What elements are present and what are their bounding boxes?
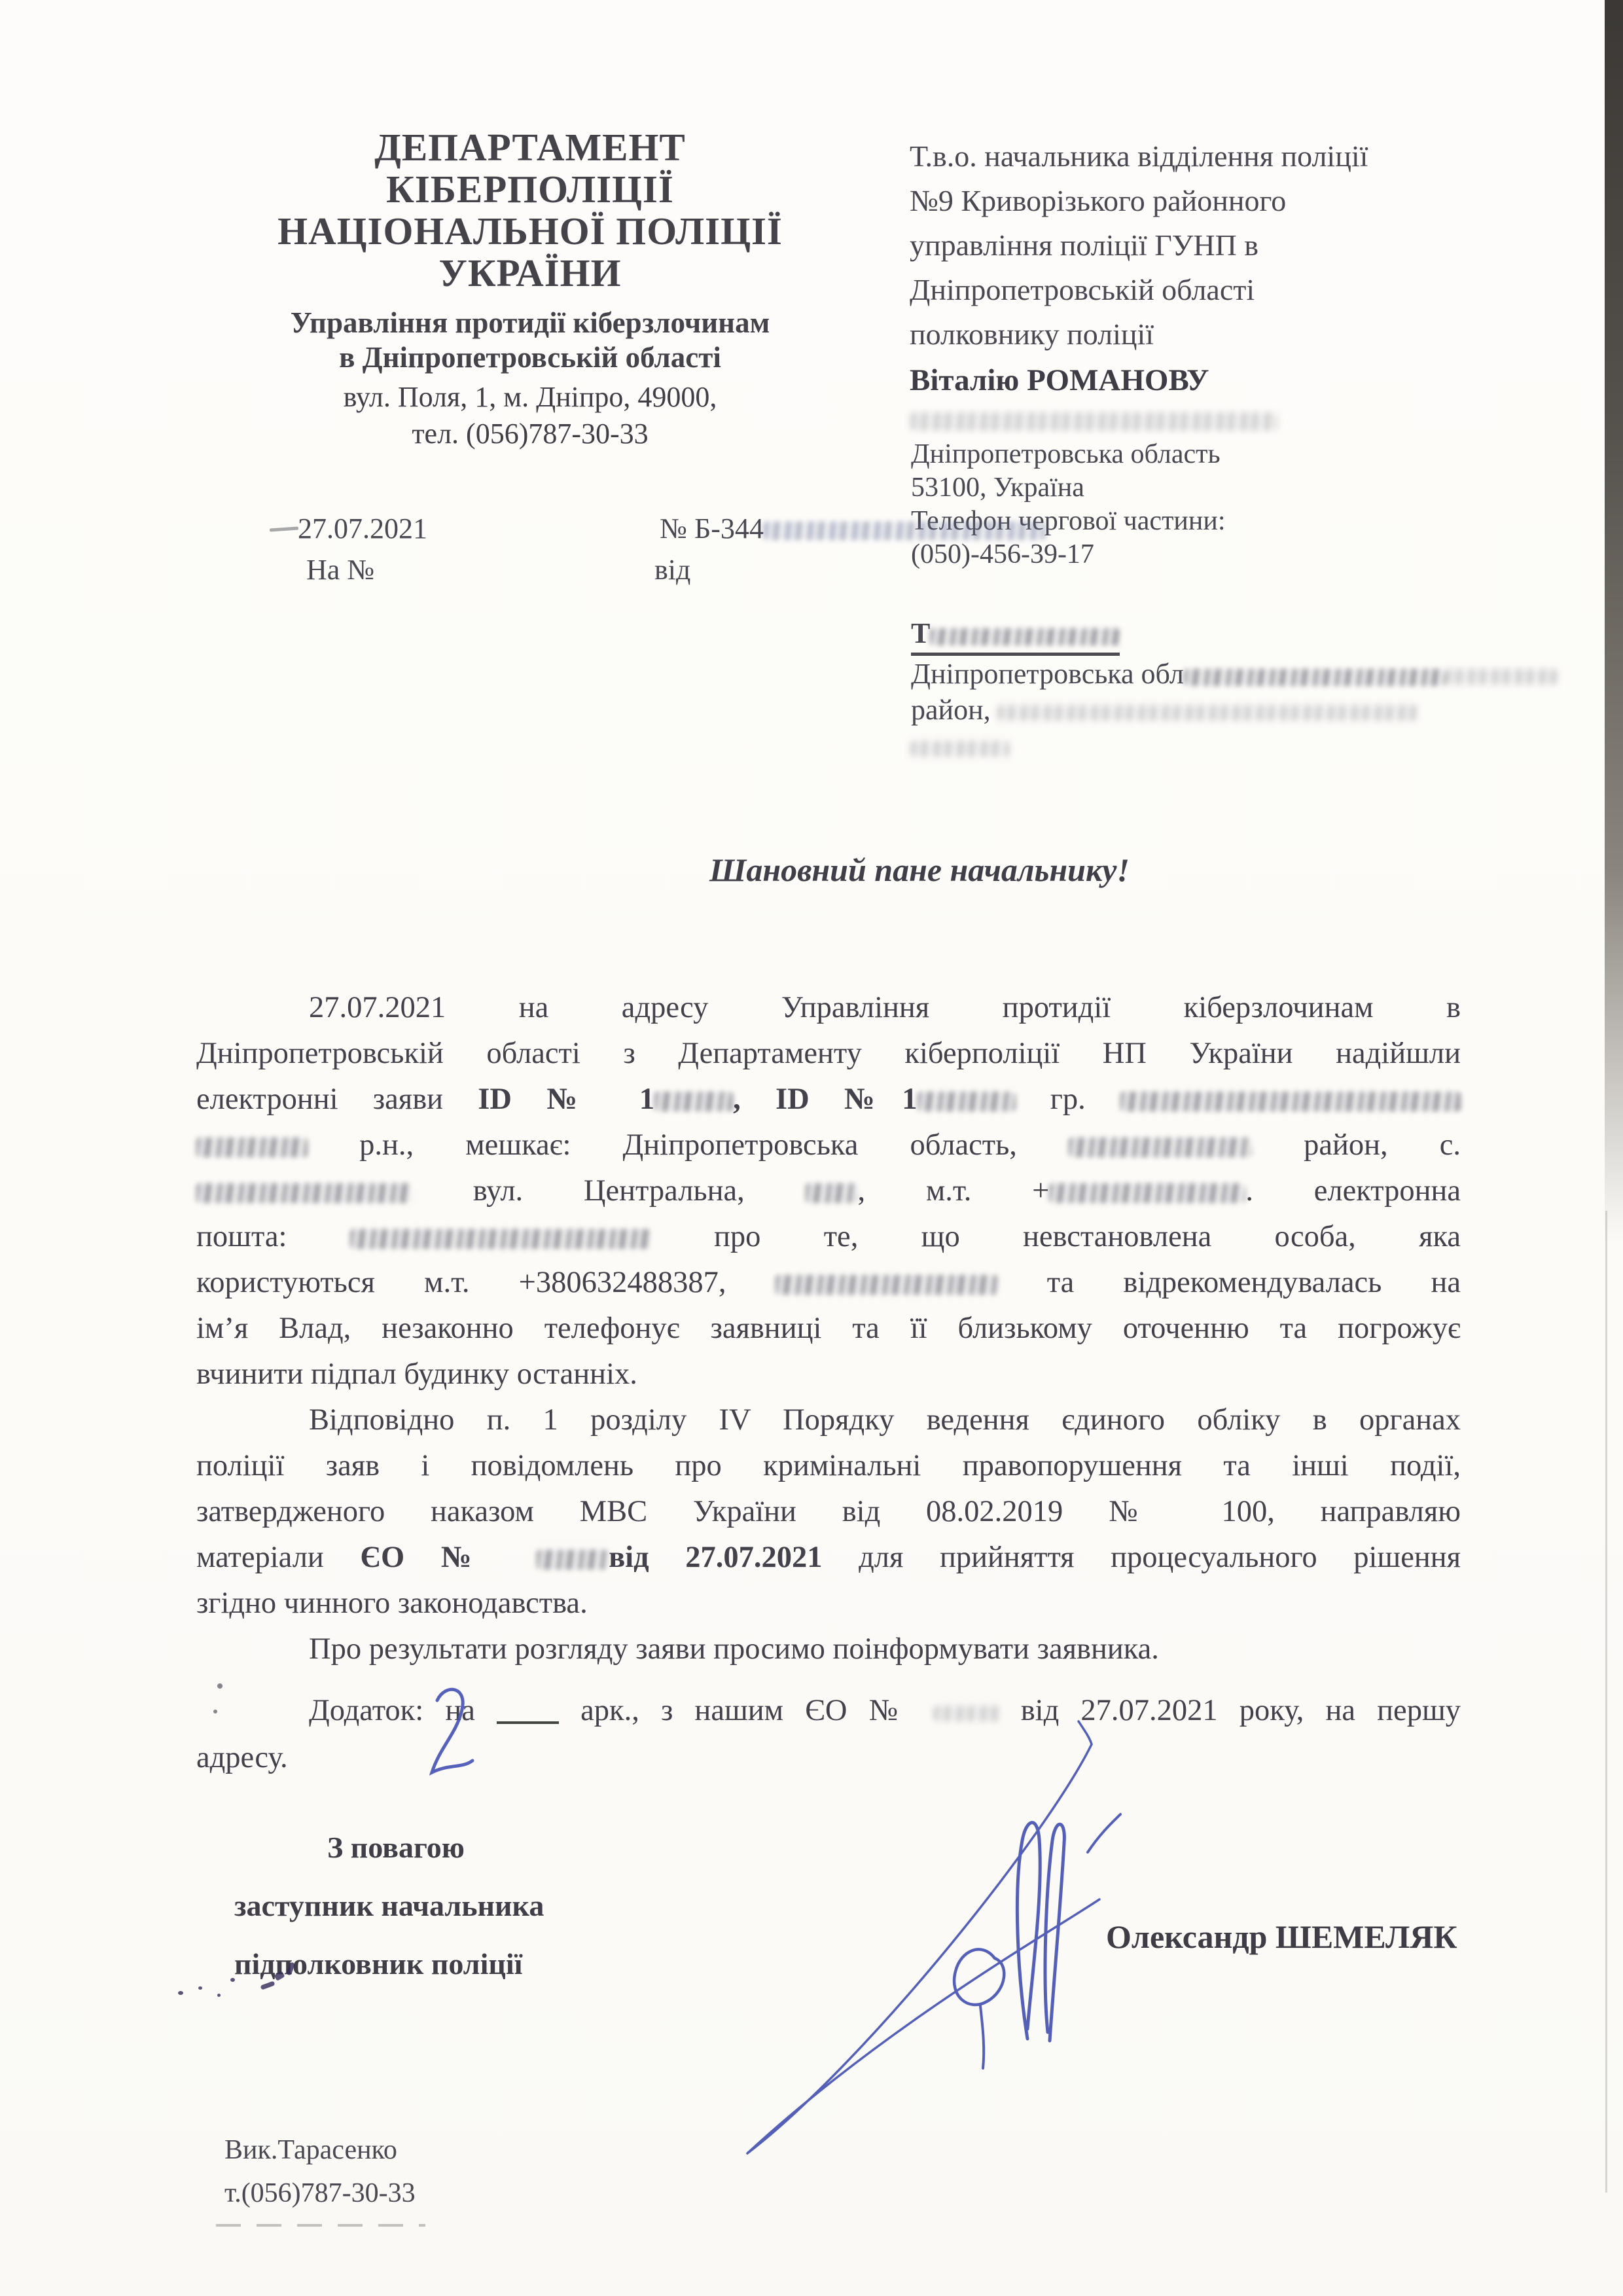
text: , м.т. +: [858, 1174, 1050, 1208]
body-line: матеріали ЄО № від 27.07.2021 для прийня…: [196, 1535, 1461, 1581]
eo-date: від 27.07.2021: [609, 1541, 822, 1574]
body-line: затвердженого наказом МВС України від 08…: [196, 1489, 1461, 1535]
redacted-text: [764, 522, 1045, 540]
org-line: НАЦІОНАЛЬНОЇ ПОЛІЦІЇ: [268, 210, 792, 252]
handwritten-page-count: [419, 1681, 497, 1792]
text: матеріали: [196, 1541, 360, 1574]
addressee-line: Т.в.о. начальника відділення поліції: [910, 134, 1544, 179]
sender-org-name: ДЕПАРТАМЕНТ КІБЕРПОЛІЦІЇ НАЦІОНАЛЬНОЇ ПО…: [268, 126, 792, 294]
addressee-line: полковнику поліції: [910, 312, 1544, 357]
redacted-text: [196, 1138, 308, 1157]
text: пошта:: [196, 1220, 350, 1253]
redacted-text: [998, 705, 1417, 721]
redacted-text: [654, 1092, 733, 1111]
body-line: р.н., мешкає: Дніпропетровська область, …: [196, 1122, 1461, 1168]
redacted-text: [1049, 1183, 1245, 1203]
underlined-redaction: Т: [911, 615, 1120, 656]
redacted-text: [806, 1183, 858, 1203]
outgoing-number: № Б-344: [660, 512, 1045, 545]
org-line: УКРАЇНИ: [268, 252, 792, 294]
redacted-text: [930, 628, 1120, 645]
text: про те, що невстановлена особа, яка: [651, 1220, 1461, 1253]
addressee-postal: 53100, Україна: [911, 471, 1539, 505]
text: електронні заяви: [196, 1083, 478, 1116]
second-recipient-block: Т Дніпропетровська обл район,: [911, 615, 1565, 764]
addressee-line: №9 Криворізького районного: [910, 179, 1544, 223]
body-line: Про результати розгляду заяви просимо по…: [196, 1626, 1461, 1672]
district-prefix: район,: [911, 694, 991, 726]
letterhead-sender: ДЕПАРТАМЕНТ КІБЕРПОЛІЦІЇ НАЦІОНАЛЬНОЇ ПО…: [268, 126, 792, 452]
addressee-region: Дніпропетровська область: [911, 438, 1539, 471]
application-id: , ID №1: [733, 1083, 917, 1116]
text: р.н., мешкає: Дніпропетровська область,: [308, 1128, 1069, 1162]
text: користуються м.т. +380632488387,: [196, 1266, 776, 1299]
ink-speck: [213, 1710, 217, 1713]
text: . електронна: [1245, 1174, 1461, 1208]
reply-no-label: На №: [306, 553, 374, 586]
pen-dash-artifact: [270, 526, 298, 531]
ink-speck: [230, 1978, 235, 1982]
ink-speck: [217, 1683, 223, 1689]
address-line: тел. (056)787-30-33: [268, 416, 792, 452]
second-recipient-region-line: Дніпропетровська обл: [911, 656, 1565, 692]
ink-speck: [217, 1994, 221, 1997]
addressee-block: Т.в.о. начальника відділення поліції №9 …: [910, 134, 1544, 403]
body-line: Відповідно п. 1 розділу IV Порядку веден…: [196, 1397, 1461, 1443]
redacted-text: [1120, 1092, 1461, 1111]
text: район, с.: [1252, 1128, 1461, 1162]
redacted-text: [1184, 669, 1446, 686]
body-line: електронні заяви ID № 1, ID №1 гр.: [196, 1077, 1461, 1122]
redacted-text: [911, 741, 1009, 757]
scan-edge-shadow: [1605, 0, 1623, 1244]
body-line: згідно чинного законодавства.: [196, 1581, 1461, 1626]
application-id: ID № 1: [478, 1083, 654, 1116]
text: для прийняття процесуального рішення: [822, 1541, 1461, 1574]
redacted-text: [537, 1550, 609, 1570]
addressee-name: Віталію РОМАНОВУ: [910, 358, 1544, 403]
org-line: ДЕПАРТАМЕНТ: [268, 126, 792, 168]
regards-line: З повагою: [234, 1818, 823, 1876]
second-recipient-extra-line: [911, 728, 1565, 764]
executor-name: Вик.Тарасенко: [224, 2128, 416, 2172]
letter-body: 27.07.2021 на адресу Управління протидії…: [196, 985, 1461, 1672]
ink-speck: [178, 1991, 183, 1995]
redacted-text: [1069, 1138, 1252, 1157]
sender-unit: Управління протидії кіберзлочинам в Дніп…: [268, 306, 792, 375]
salutation: Шановний пане начальнику!: [615, 851, 1224, 889]
signoff-block: З повагою заступник начальника підполков…: [234, 1818, 823, 1993]
unit-line: Управління протидії кіберзлочинам: [268, 306, 792, 340]
blank-underline: [497, 1699, 559, 1724]
text: гр.: [1016, 1083, 1120, 1116]
addressee-address-block: Дніпропетровська область 53100, Україна …: [911, 404, 1539, 571]
body-line: ім’я Влад, незаконно телефонує заявниці …: [196, 1306, 1461, 1352]
redacted-text: [196, 1183, 412, 1203]
body-line: 27.07.2021 на адресу Управління протидії…: [196, 985, 1461, 1031]
org-line: КІБЕРПОЛІЦІЇ: [268, 168, 792, 210]
address-line: вул. Поля, 1, м. Дніпро, 49000,: [268, 379, 792, 416]
executor-block: Вик.Тарасенко т.(056)787-30-33: [224, 2128, 416, 2215]
region-prefix: Дніпропетровська обл: [911, 658, 1184, 690]
second-recipient-district-line: район,: [911, 692, 1565, 728]
signatory-name: Олександр ШЕМЕЛЯК: [1106, 1918, 1457, 1956]
addressee-line: управління поліції ГУНП в: [910, 223, 1544, 268]
body-line: вчинити підпал будинку останніх.: [196, 1352, 1461, 1397]
body-line: поліції заяв і повідомлень про криміналь…: [196, 1443, 1461, 1489]
page-edge-line: [1605, 1211, 1607, 2193]
text: вул. Центральна,: [412, 1174, 806, 1208]
sender-address: вул. Поля, 1, м. Дніпро, 49000, тел. (05…: [268, 379, 792, 452]
scan-bottom-artifact: [216, 2224, 425, 2227]
redacted-text: [1446, 669, 1557, 685]
eo-number-label: ЄО №: [360, 1541, 537, 1574]
ink-speck: [198, 1986, 202, 1990]
executor-phone: т.(056)787-30-33: [224, 2172, 416, 2215]
body-line: пошта: про те, що невстановлена особа, я…: [196, 1214, 1461, 1260]
number-prefix: № Б-344: [660, 512, 764, 545]
redacted-text: [776, 1275, 998, 1295]
reply-from-label: від: [654, 553, 690, 586]
body-line: вул. Центральна, , м.т. +. електронна: [196, 1168, 1461, 1214]
rank-line: підполковник поліції: [234, 1935, 823, 1993]
redacted-text: [918, 1092, 1016, 1111]
scanned-letter-page: ДЕПАРТАМЕНТ КІБЕРПОЛІЦІЇ НАЦІОНАЛЬНОЇ ПО…: [0, 0, 1623, 2296]
body-line: користуються м.т. +380632488387, та відр…: [196, 1260, 1461, 1306]
recipient-initial: Т: [911, 617, 930, 649]
unit-line: в Дніпропетровській області: [268, 340, 792, 375]
addressee-line: Дніпропетровській області: [910, 268, 1544, 312]
redacted-street-line: [911, 404, 1539, 438]
redacted-text: [350, 1229, 651, 1249]
outgoing-date: 27.07.2021: [298, 512, 427, 545]
body-line: Дніпропетровській області з Департаменту…: [196, 1031, 1461, 1077]
position-line: заступник начальника: [234, 1876, 823, 1935]
redacted-text: [911, 412, 1277, 431]
second-recipient-name-line: Т: [911, 615, 1565, 656]
text: та відрекомендувалась на: [998, 1266, 1461, 1299]
